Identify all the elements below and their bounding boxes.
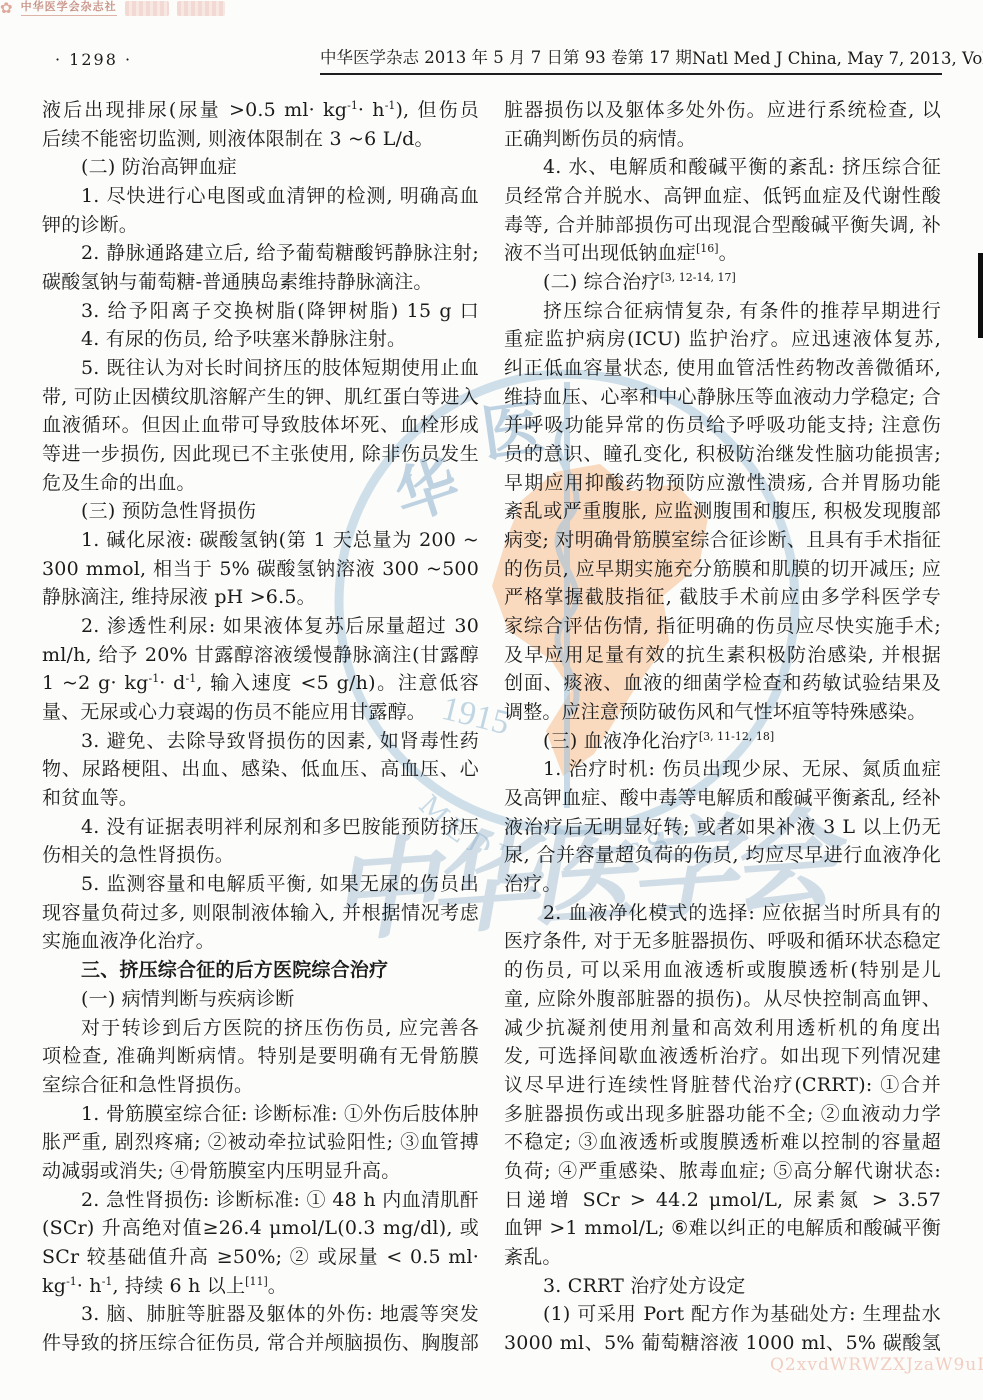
publisher-stamp-block: [125, 1, 169, 16]
text-line: 员的意识、瞳孔变化, 积极防治继发性脑功能损害;: [504, 440, 941, 469]
text-line: 血钾 >1 mmol/L; ⑥难以纠正的电解质和酸碱平衡: [504, 1214, 941, 1243]
text-line: 的伤员, 应早期实施充分筋膜和肌膜的切开减压; 应: [504, 555, 941, 584]
text-line: (一) 病情判断与疾病诊断: [42, 985, 479, 1014]
text-line: 3000 ml、5% 葡萄糖溶液 1000 ml、5% 碳酸氢钠溶液: [504, 1329, 941, 1358]
text-line: 伤相关的急性肾损伤。: [42, 841, 479, 870]
text-line: 紊乱或严重腹胀, 应监测腹围和腹压, 积极发现腹部: [504, 497, 941, 526]
publisher-name: 中华医学会杂志社: [21, 0, 117, 16]
scan-edge-mark: [978, 253, 983, 338]
text-line: 正确判断伤员的病情。: [504, 125, 941, 154]
text-line: 静脉滴注, 维持尿液 pH >6.5。: [42, 583, 479, 612]
text-line: 4. 有尿的伤员, 给予呋塞米静脉注射。: [42, 325, 479, 354]
text-line: 5. 监测容量和电解质平衡, 如果无尿的伤员出: [42, 870, 479, 899]
text-line: 胀严重, 剧烈疼痛; ②被动牵拉试验阳性; ③血管搏: [42, 1128, 479, 1157]
journal-page: { "header": { "page_number": "· 1298 ·",…: [0, 0, 983, 1400]
text-line: 等进一步损伤, 因此现已不主张使用, 除非伤员发生: [42, 440, 479, 469]
text-line: 3. 避免、去除导致肾损伤的因素, 如肾毒性药: [42, 727, 479, 756]
text-line: 减少抗凝剂使用剂量和高效利用透析机的角度出: [504, 1014, 941, 1043]
text-line: (SCr) 升高绝对值≥26.4 μmol/L(0.3 mg/dl), 或: [42, 1214, 479, 1243]
text-line: 5. 既往认为对长时间挤压的肢体短期使用止血: [42, 354, 479, 383]
text-line: 医疗条件, 对于无多脏器损伤、呼吸和循环状态稳定: [504, 927, 941, 956]
text-line: 家综合评估伤情, 指征明确的伤员应尽快实施手术;: [504, 612, 941, 641]
text-line: 4. 没有证据表明袢利尿剂和多巴胺能预防挤压: [42, 813, 479, 842]
text-line: 2. 静脉通路建立后, 给予葡萄糖酸钙静脉注射;: [42, 239, 479, 268]
publisher-flower-icon: ✿: [0, 0, 13, 16]
text-line: 1. 碱化尿液: 碳酸氢钠(第 1 天总量为 200 ~: [42, 526, 479, 555]
text-line: 1. 骨筋膜室综合征: 诊断标准: ①外伤后肢体肿: [42, 1100, 479, 1129]
article-column-right: 脏器损伤以及躯体多处外伤。应进行系统检查, 以正确判断伤员的病情。4. 水、电解…: [504, 96, 941, 1358]
text-line: 动减弱或消失; ④骨筋膜室内压明显升高。: [42, 1157, 479, 1186]
text-line: 4. 水、电解质和酸碱平衡的紊乱: 挤压综合征伤: [504, 153, 941, 182]
text-line: 3. CRRT 治疗处方设定: [504, 1272, 941, 1301]
text-line: 3. 给予阳离子交换树脂(降钾树脂) 15 g 口服。: [42, 297, 479, 326]
text-line: 物、尿路梗阻、出血、感染、低血压、高血压、心力衰竭: [42, 755, 479, 784]
text-line: 钾的诊断。: [42, 211, 479, 240]
text-line: 及高钾血症、酸中毒等电解质和酸碱平衡紊乱, 经补: [504, 784, 941, 813]
text-line: 病变; 对明确骨筋膜室综合征诊断、且具有手术指征: [504, 526, 941, 555]
text-line: 及早应用足量有效的抗生素积极防治感染, 并根据: [504, 641, 941, 670]
text-line: 维持血压、心率和中心静脉压等血液动力学稳定; 合: [504, 383, 941, 412]
text-line: 2. 渗透性利尿: 如果液体复苏后尿量超过 30: [42, 612, 479, 641]
text-line: 2. 急性肾损伤: 诊断标准: ① 48 h 内血清肌酐: [42, 1186, 479, 1215]
text-line: 毒等, 合并肺部损伤可出现混合型酸碱平衡失调, 补: [504, 211, 941, 240]
text-line: 3. 脑、肺脏等脏器及躯体的外伤: 地震等突发事: [42, 1300, 479, 1329]
text-line: 严格掌握截肢指征, 截肢手术前应由多学科医学专: [504, 583, 941, 612]
text-line: 多脏器损伤或出现多脏器功能不全; ②血液动力学: [504, 1100, 941, 1129]
text-line: 调整。应注意预防破伤风和气性坏疽等特殊感染。: [504, 698, 941, 727]
text-line: 带, 可防止因横纹肌溶解产生的钾、肌红蛋白等进入: [42, 383, 479, 412]
journal-header: 中华医学杂志 2013 年 5 月 7 日第 93 卷第 17 期 Natl M…: [320, 44, 942, 75]
text-line: 300 mmol, 相当于 5% 碳酸氢钠溶液 300 ~500 ml): [42, 555, 479, 584]
page-number: · 1298 ·: [55, 50, 132, 69]
journal-title-en: Natl Med J China, May 7, 2013, Vol. 93, …: [692, 49, 983, 68]
text-line: 早期应用抑酸药物预防应激性溃疡, 合并胃肠功能: [504, 469, 941, 498]
text-line: 议尽早进行连续性肾脏替代治疗(CRRT): ①合并: [504, 1071, 941, 1100]
text-line: 对于转诊到后方医院的挤压伤伤员, 应完善各: [42, 1014, 479, 1043]
text-line: (三) 预防急性肾损伤: [42, 497, 479, 526]
text-line: 液治疗后无明显好转; 或者如果补液 3 L 以上仍无: [504, 813, 941, 842]
text-line: 治疗。: [504, 870, 941, 899]
text-line: ml/h, 给予 20% 甘露醇溶液缓慢静脉滴注(甘露醇: [42, 641, 479, 670]
article-column-left: 液后出现排尿(尿量 >0.5 ml· kg-1· h-1), 但伤员后续不能密切…: [42, 96, 479, 1358]
text-line: 液不当可出现低钠血症[16]。: [504, 239, 941, 268]
text-line: 1 ~2 g· kg-1· d-1, 输入速度 <5 g/h)。注意低容: [42, 669, 479, 698]
text-line: 和贫血等。: [42, 784, 479, 813]
text-line: SCr 较基础值升高 ≥50%; ② 或尿量 < 0.5 ml·: [42, 1243, 479, 1272]
text-line: 现容量负荷过多, 则限制液体输入, 并根据情况考虑: [42, 899, 479, 928]
text-line: 紊乱。: [504, 1243, 941, 1272]
text-line: (二) 综合治疗[3, 12-14, 17]: [504, 268, 941, 297]
text-line: 实施血液净化治疗。: [42, 927, 479, 956]
text-line: 重症监护病房(ICU) 监护治疗。应迅速液体复苏,: [504, 325, 941, 354]
text-line: 项检查, 准确判断病情。特别是要明确有无骨筋膜: [42, 1042, 479, 1071]
text-line: 碳酸氢钠与葡萄糖-普通胰岛素维持静脉滴注。: [42, 268, 479, 297]
publisher-watermark: ✿ 中华医学会杂志社: [0, 0, 983, 16]
text-line: (1) 可采用 Port 配方作为基础处方: 生理盐水: [504, 1300, 941, 1329]
text-line: 挤压综合征病情复杂, 有条件的推荐早期进行: [504, 297, 941, 326]
text-line: 负荷; ④严重感染、脓毒血症; ⑤高分解代谢状态: 每: [504, 1157, 941, 1186]
journal-title-cn: 中华医学杂志 2013 年 5 月 7 日第 93 卷第 17 期: [320, 44, 692, 68]
text-line: 童, 应除外腹部脏器的损伤)。从尽快控制高血钾、: [504, 985, 941, 1014]
text-line: 2. 血液净化模式的选择: 应依据当时所具有的: [504, 899, 941, 928]
text-line: 量、无尿或心力衰竭的伤员不能应用甘露醇。: [42, 698, 479, 727]
text-line: 发, 可选择间歇血液透析治疗。如出现下列情况建: [504, 1042, 941, 1071]
text-line: 创面、痰液、血液的细菌学检查和药敏试验结果及时: [504, 669, 941, 698]
text-line: 件导致的挤压综合征伤员, 常合并颅脑损伤、胸腹部: [42, 1329, 479, 1358]
text-line: 1. 尽快进行心电图或血清钾的检测, 明确高血: [42, 182, 479, 211]
text-line: 1. 治疗时机: 伤员出现少尿、无尿、氮质血症以: [504, 755, 941, 784]
text-line: kg-1· h-1, 持续 6 h 以上[11]。: [42, 1272, 479, 1301]
text-line: 员经常合并脱水、高钾血症、低钙血症及代谢性酸中: [504, 182, 941, 211]
text-line: 不稳定; ③血液透析或腹膜透析难以控制的容量超: [504, 1128, 941, 1157]
text-line: 纠正低血容量状态, 使用血管活性药物改善微循环,: [504, 354, 941, 383]
text-line: 脏器损伤以及躯体多处外伤。应进行系统检查, 以: [504, 96, 941, 125]
code-watermark: Q2xvdWRWZXJzaW9uLQo?: [770, 1355, 983, 1375]
text-line: 三、挤压综合征的后方医院综合治疗: [42, 956, 479, 985]
publisher-stamp-block: [177, 1, 225, 16]
text-line: 危及生命的出血。: [42, 469, 479, 498]
text-line: 后续不能密切监测, 则液体限制在 3 ~6 L/d。: [42, 125, 479, 154]
text-line: 尿, 合并容量超负荷的伤员, 均应尽早进行血液净化: [504, 841, 941, 870]
text-line: 液后出现排尿(尿量 >0.5 ml· kg-1· h-1), 但伤员: [42, 96, 479, 125]
text-line: 室综合征和急性肾损伤。: [42, 1071, 479, 1100]
text-line: 血液循环。但因止血带可导致肢体坏死、血栓形成: [42, 411, 479, 440]
text-line: (三) 血液净化治疗[3, 11-12, 18]: [504, 727, 941, 756]
text-line: 并呼吸功能异常的伤员给予呼吸功能支持; 注意伤: [504, 411, 941, 440]
text-line: 的伤员, 可以采用血液透析或腹膜透析(特别是儿: [504, 956, 941, 985]
text-line: 日递增 SCr > 44.2 μmol/L, 尿素氮 > 3.57 mmol/L…: [504, 1186, 941, 1215]
text-line: (二) 防治高钾血症: [42, 153, 479, 182]
